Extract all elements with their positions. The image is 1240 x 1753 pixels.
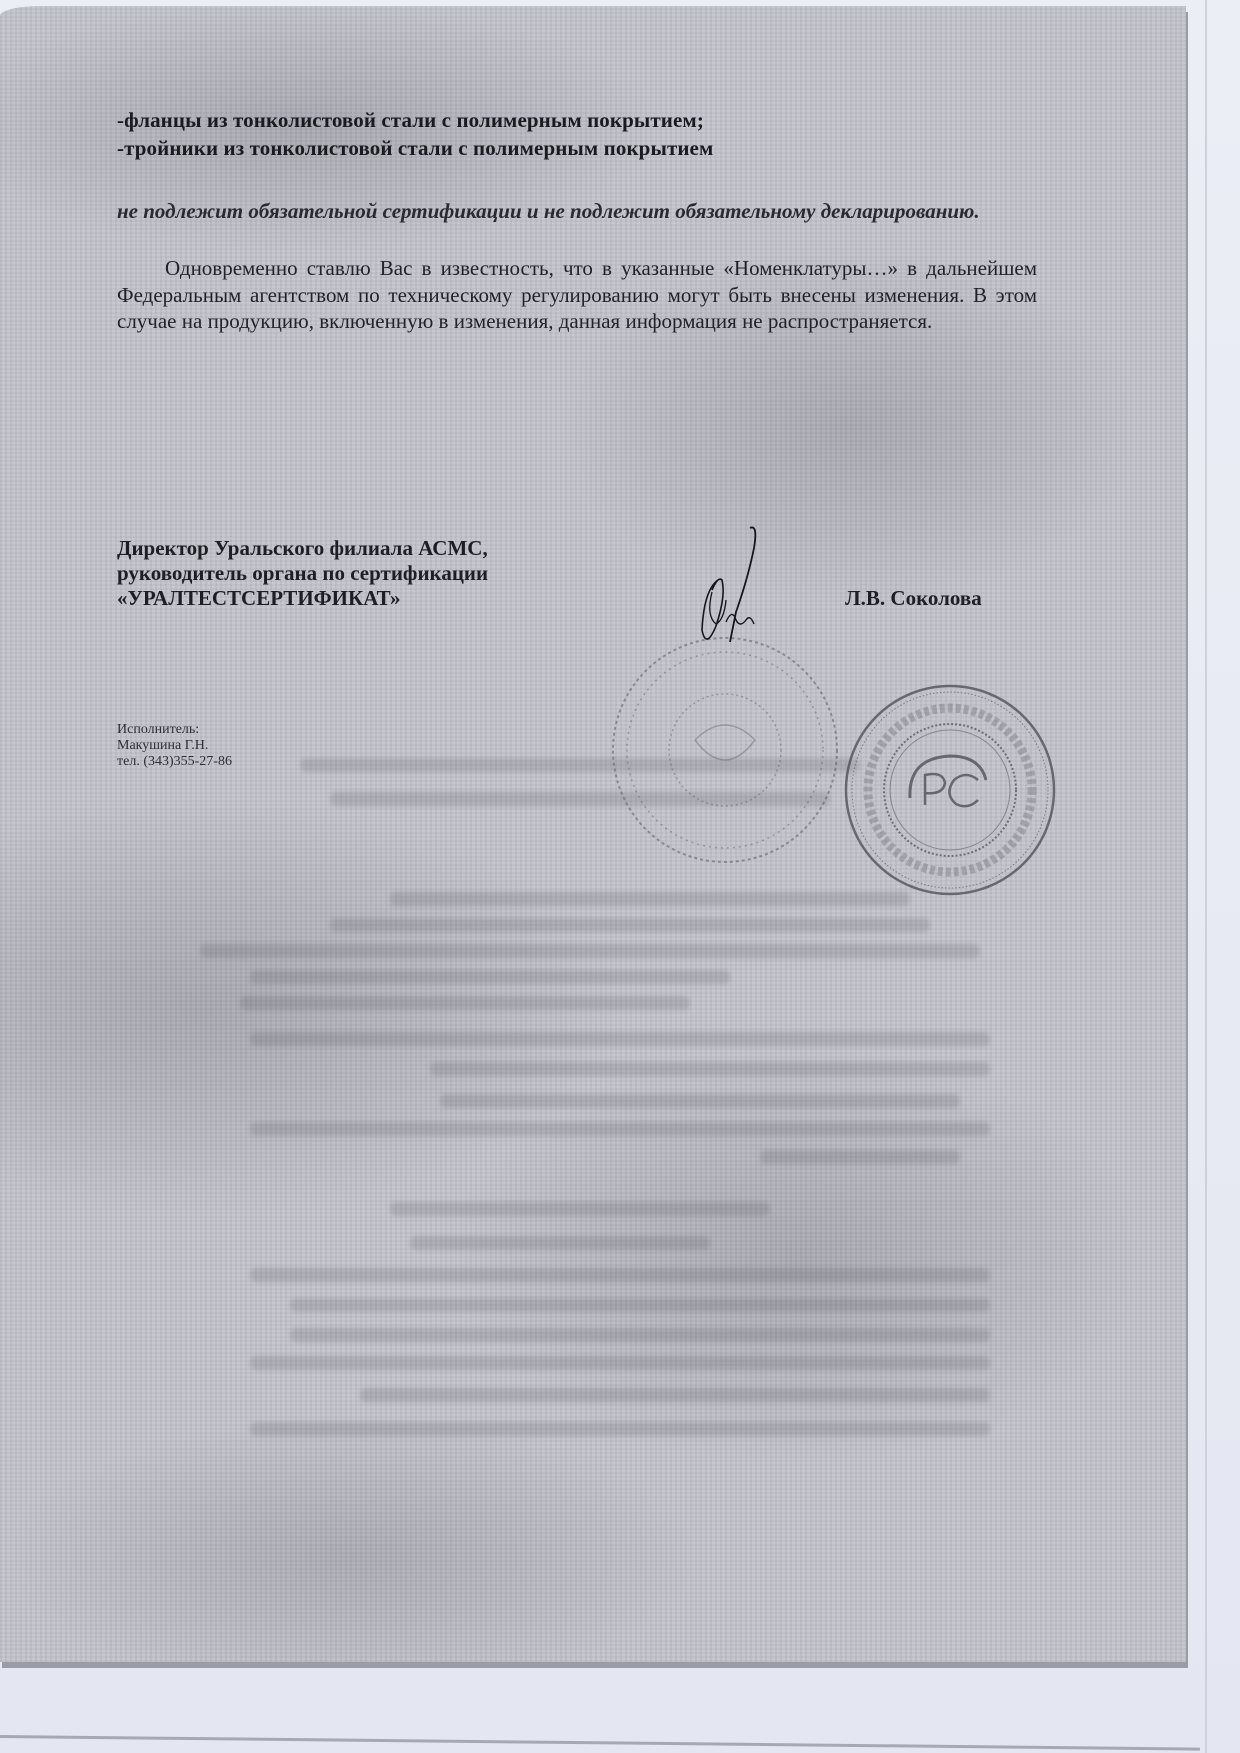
handwritten-signature-icon — [688, 520, 778, 660]
executor-phone: тел. (343)355-27-86 — [117, 754, 232, 770]
ghost-text-line — [410, 1236, 710, 1250]
ghost-text-line — [760, 1150, 960, 1164]
ghost-text-line — [250, 970, 730, 984]
certification-conclusion: не подлежит обязательной сертификации и … — [117, 198, 1037, 224]
ghost-text-line — [290, 1298, 990, 1312]
signatory-name: Л.В. Соколова — [845, 586, 982, 611]
ghost-text-line — [240, 996, 690, 1010]
signatory-title-line: «УРАЛТЕСТСЕРТИФИКАТ» — [117, 586, 488, 611]
ghost-text-line — [290, 1328, 990, 1342]
notice-paragraph: Одновременно ставлю Вас в известность, ч… — [117, 255, 1037, 335]
signatory-title-line: Директор Уральского филиала АСМС, — [117, 536, 488, 561]
ghost-text-line — [440, 1094, 960, 1108]
signatory-title-line: руководитель органа по сертификации — [117, 561, 488, 586]
ghost-text-line — [390, 892, 910, 906]
ghost-text-line — [200, 944, 980, 958]
executor-info: Исполнитель: Макушина Г.Н. тел. (343)355… — [117, 722, 232, 770]
ghost-text-line — [250, 1268, 990, 1282]
ghost-text-line — [390, 1202, 770, 1216]
ghost-text-line — [330, 918, 930, 932]
ghost-text-line — [250, 1032, 990, 1046]
product-list-item: -фланцы из тонколистовой стали с полимер… — [117, 108, 704, 133]
round-seal-right-icon — [840, 680, 1060, 900]
ghost-text-line — [250, 1356, 990, 1370]
round-seal-left-icon — [605, 630, 845, 870]
ghost-text-line — [430, 1062, 990, 1076]
ghost-text-line — [360, 1388, 990, 1402]
product-list-item: -тройники из тонколистовой стали с полим… — [117, 136, 713, 161]
paper-edge-right — [1205, 0, 1207, 1753]
executor-label: Исполнитель: — [117, 722, 232, 738]
ghost-text-line — [250, 1422, 990, 1436]
signatory-title: Директор Уральского филиала АСМС, руково… — [117, 536, 488, 611]
executor-name: Макушина Г.Н. — [117, 738, 232, 754]
ghost-text-line — [250, 1122, 990, 1136]
